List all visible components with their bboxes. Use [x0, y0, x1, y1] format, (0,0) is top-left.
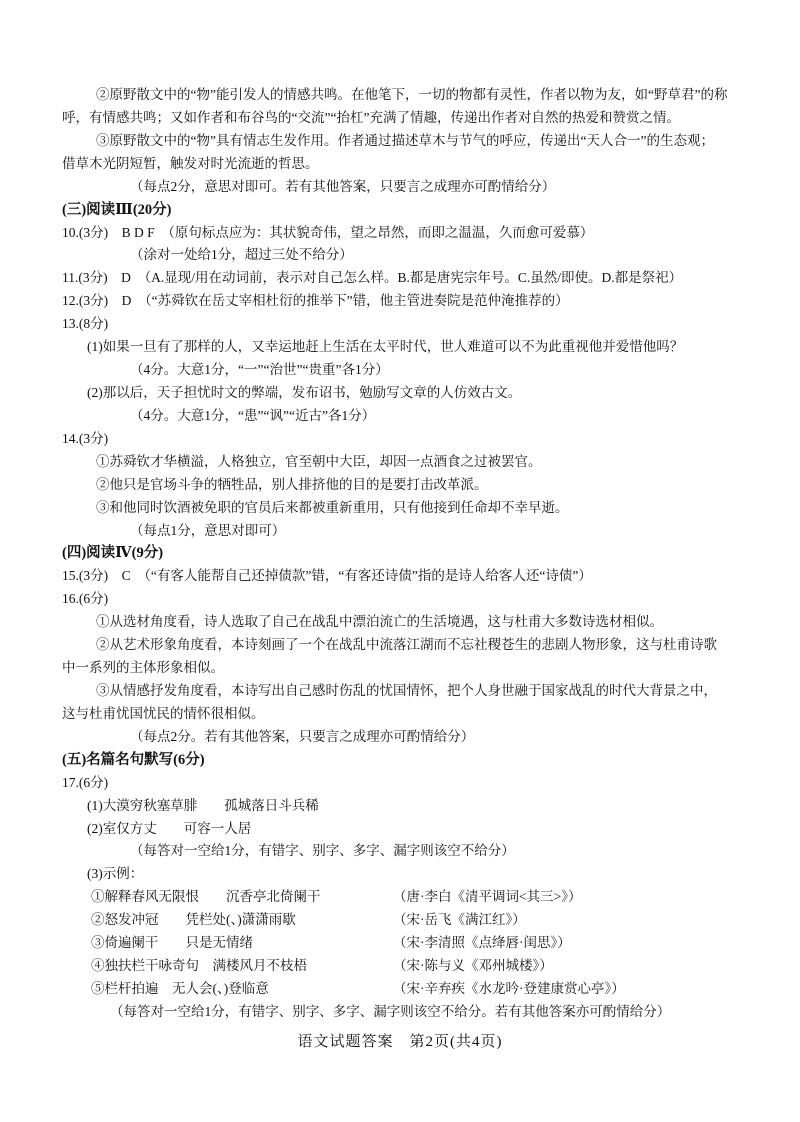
document-line: ④独扶栏干咏奇句 满楼风月不枝梧（宋·陈与义《邓州城楼》） [62, 955, 762, 978]
document-line: (2)那以后，天子担忧时文的弊端，发布诏书，勉励写文章的人仿效古文。 [62, 382, 762, 405]
page-footer: 语文试题答案 第2页(共4页) [0, 1030, 800, 1051]
document-line: 15.(3分) C （“有客人能帮自己还掉债款”错，“有客还诗债”指的是诗人给客… [62, 565, 762, 588]
document-line: 11.(3分) D （A.显现/用在动词前，表示对自己怎么样。B.都是唐宪宗年号… [62, 267, 762, 290]
document-line: (1)大漠穷秋塞草腓 孤城落日斗兵稀 [62, 795, 762, 818]
document-line: 12.(3分) D （“苏舜钦在岳丈宰相杜衍的推举下”错，他主管进奏院是范仲淹推… [62, 290, 762, 313]
document-line: (1)如果一旦有了那样的人，又幸运地赶上生活在太平时代，世人难道可以不为此重视他… [62, 336, 762, 359]
document-line: （每答对一空给1分，有错字、别字、多字、漏字则该空不给分。若有其他答案亦可酌情给… [62, 1001, 762, 1024]
example-text: ①解释春风无限恨 沉香亭北倚阑干 [91, 886, 393, 909]
example-source: （宋·辛弃疾《水龙吟·登建康赏心亭》） [393, 978, 625, 1001]
document-line: ②他只是官场斗争的牺牲品，别人排挤他的目的是要打击改革派。 [62, 474, 762, 497]
document-line: (四)阅读Ⅳ(9分) [62, 542, 762, 565]
document-line: 10.(3分) B D F （原句标点应为：其状貌奇伟，望之昂然，而即之温温，久… [62, 222, 762, 245]
document-line: (三)阅读Ⅲ(20分) [62, 199, 762, 222]
document-line: （每点1分，意思对即可） [62, 520, 762, 543]
answer-sheet-body: ②原野散文中的“物”能引发人的情感共鸣。在他笔下，一切的物都有灵性，作者以物为友… [62, 84, 762, 1024]
document-line: (五)名篇名句默写(6分) [62, 749, 762, 772]
document-line: ①苏舜钦才华横溢，人格独立，官至朝中大臣，却因一点酒食之过被罢官。 [62, 451, 762, 474]
document-line: ③原野散文中的“物”具有情志生发作用。作者通过描述草木与节气的呼应，传递出“天人… [62, 130, 762, 153]
document-line: ③从情感抒发角度看，本诗写出自己感时伤乱的忧国情怀，把个人身世融于国家战乱的时代… [62, 680, 762, 703]
document-line: 借草木光阴短暂，触发对时光流逝的哲思。 [62, 153, 762, 176]
document-line: （4分。大意1分，“一”“治世”“贵重”各1分） [62, 359, 762, 382]
document-line: ②从艺术形象角度看，本诗刻画了一个在战乱中流落江湖而不忘社稷苍生的悲剧人物形象，… [62, 634, 762, 657]
page: { "page": { "footer": "语文试题答案 第2页(共4页)" … [0, 0, 800, 1122]
document-line: ①解释春风无限恨 沉香亭北倚阑干（唐·李白《清平调词<其三>》） [62, 886, 762, 909]
example-text: ③倚遍阑干 只是无情绪 [91, 932, 393, 955]
document-line: （每点2分，意思对即可。若有其他答案，只要言之成理亦可酌情给分） [62, 176, 762, 199]
document-line: 中一系列的主体形象相似。 [62, 657, 762, 680]
document-line: ③和他同时饮酒被免职的官员后来都被重新重用，只有他接到任命却不幸早逝。 [62, 497, 762, 520]
example-source: （宋·岳飞《满江红》） [393, 909, 526, 932]
document-line: 这与杜甫忧国忧民的情怀很相似。 [62, 703, 762, 726]
document-line: ②怒发冲冠 凭栏处(、)潇潇雨歇（宋·岳飞《满江红》） [62, 909, 762, 932]
example-text: ②怒发冲冠 凭栏处(、)潇潇雨歇 [91, 909, 393, 932]
document-line: 13.(8分) [62, 313, 762, 336]
document-line: 14.(3分) [62, 428, 762, 451]
example-source: （唐·李白《清平调词<其三>》） [393, 886, 581, 909]
document-line: ①从选材角度看，诗人选取了自己在战乱中漂泊流亡的生活境遇，这与杜甫大多数诗选材相… [62, 611, 762, 634]
example-text: ④独扶栏干咏奇句 满楼风月不枝梧 [91, 955, 393, 978]
document-line: （每答对一空给1分，有错字、别字、多字、漏字则该空不给分） [62, 840, 762, 863]
document-line: (3)示例： [62, 863, 762, 886]
example-source: （宋·陈与义《邓州城楼》） [393, 955, 553, 978]
document-line: 呼，有情感共鸣；又如作者和布谷鸟的“交流”“抬杠”充满了情趣，传递出作者对自然的… [62, 107, 762, 130]
document-line: ③倚遍阑干 只是无情绪（宋·李清照《点绛唇·闺思》） [62, 932, 762, 955]
document-line: ⑤栏杆拍遍 无人会(、)登临意（宋·辛弃疾《水龙吟·登建康赏心亭》） [62, 978, 762, 1001]
document-line: (2)室仅方丈 可容一人居 [62, 818, 762, 841]
document-line: （4分。大意1分，“患”“讽”“近古”各1分） [62, 405, 762, 428]
document-line: （涂对一处给1分，超过三处不给分） [62, 244, 762, 267]
document-line: 17.(6分) [62, 772, 762, 795]
document-line: （每点2分。若有其他答案，只要言之成理亦可酌情给分） [62, 726, 762, 749]
example-source: （宋·李清照《点绛唇·闺思》） [393, 932, 571, 955]
document-line: 16.(6分) [62, 588, 762, 611]
document-line: ②原野散文中的“物”能引发人的情感共鸣。在他笔下，一切的物都有灵性，作者以物为友… [62, 84, 762, 107]
example-text: ⑤栏杆拍遍 无人会(、)登临意 [91, 978, 393, 1001]
